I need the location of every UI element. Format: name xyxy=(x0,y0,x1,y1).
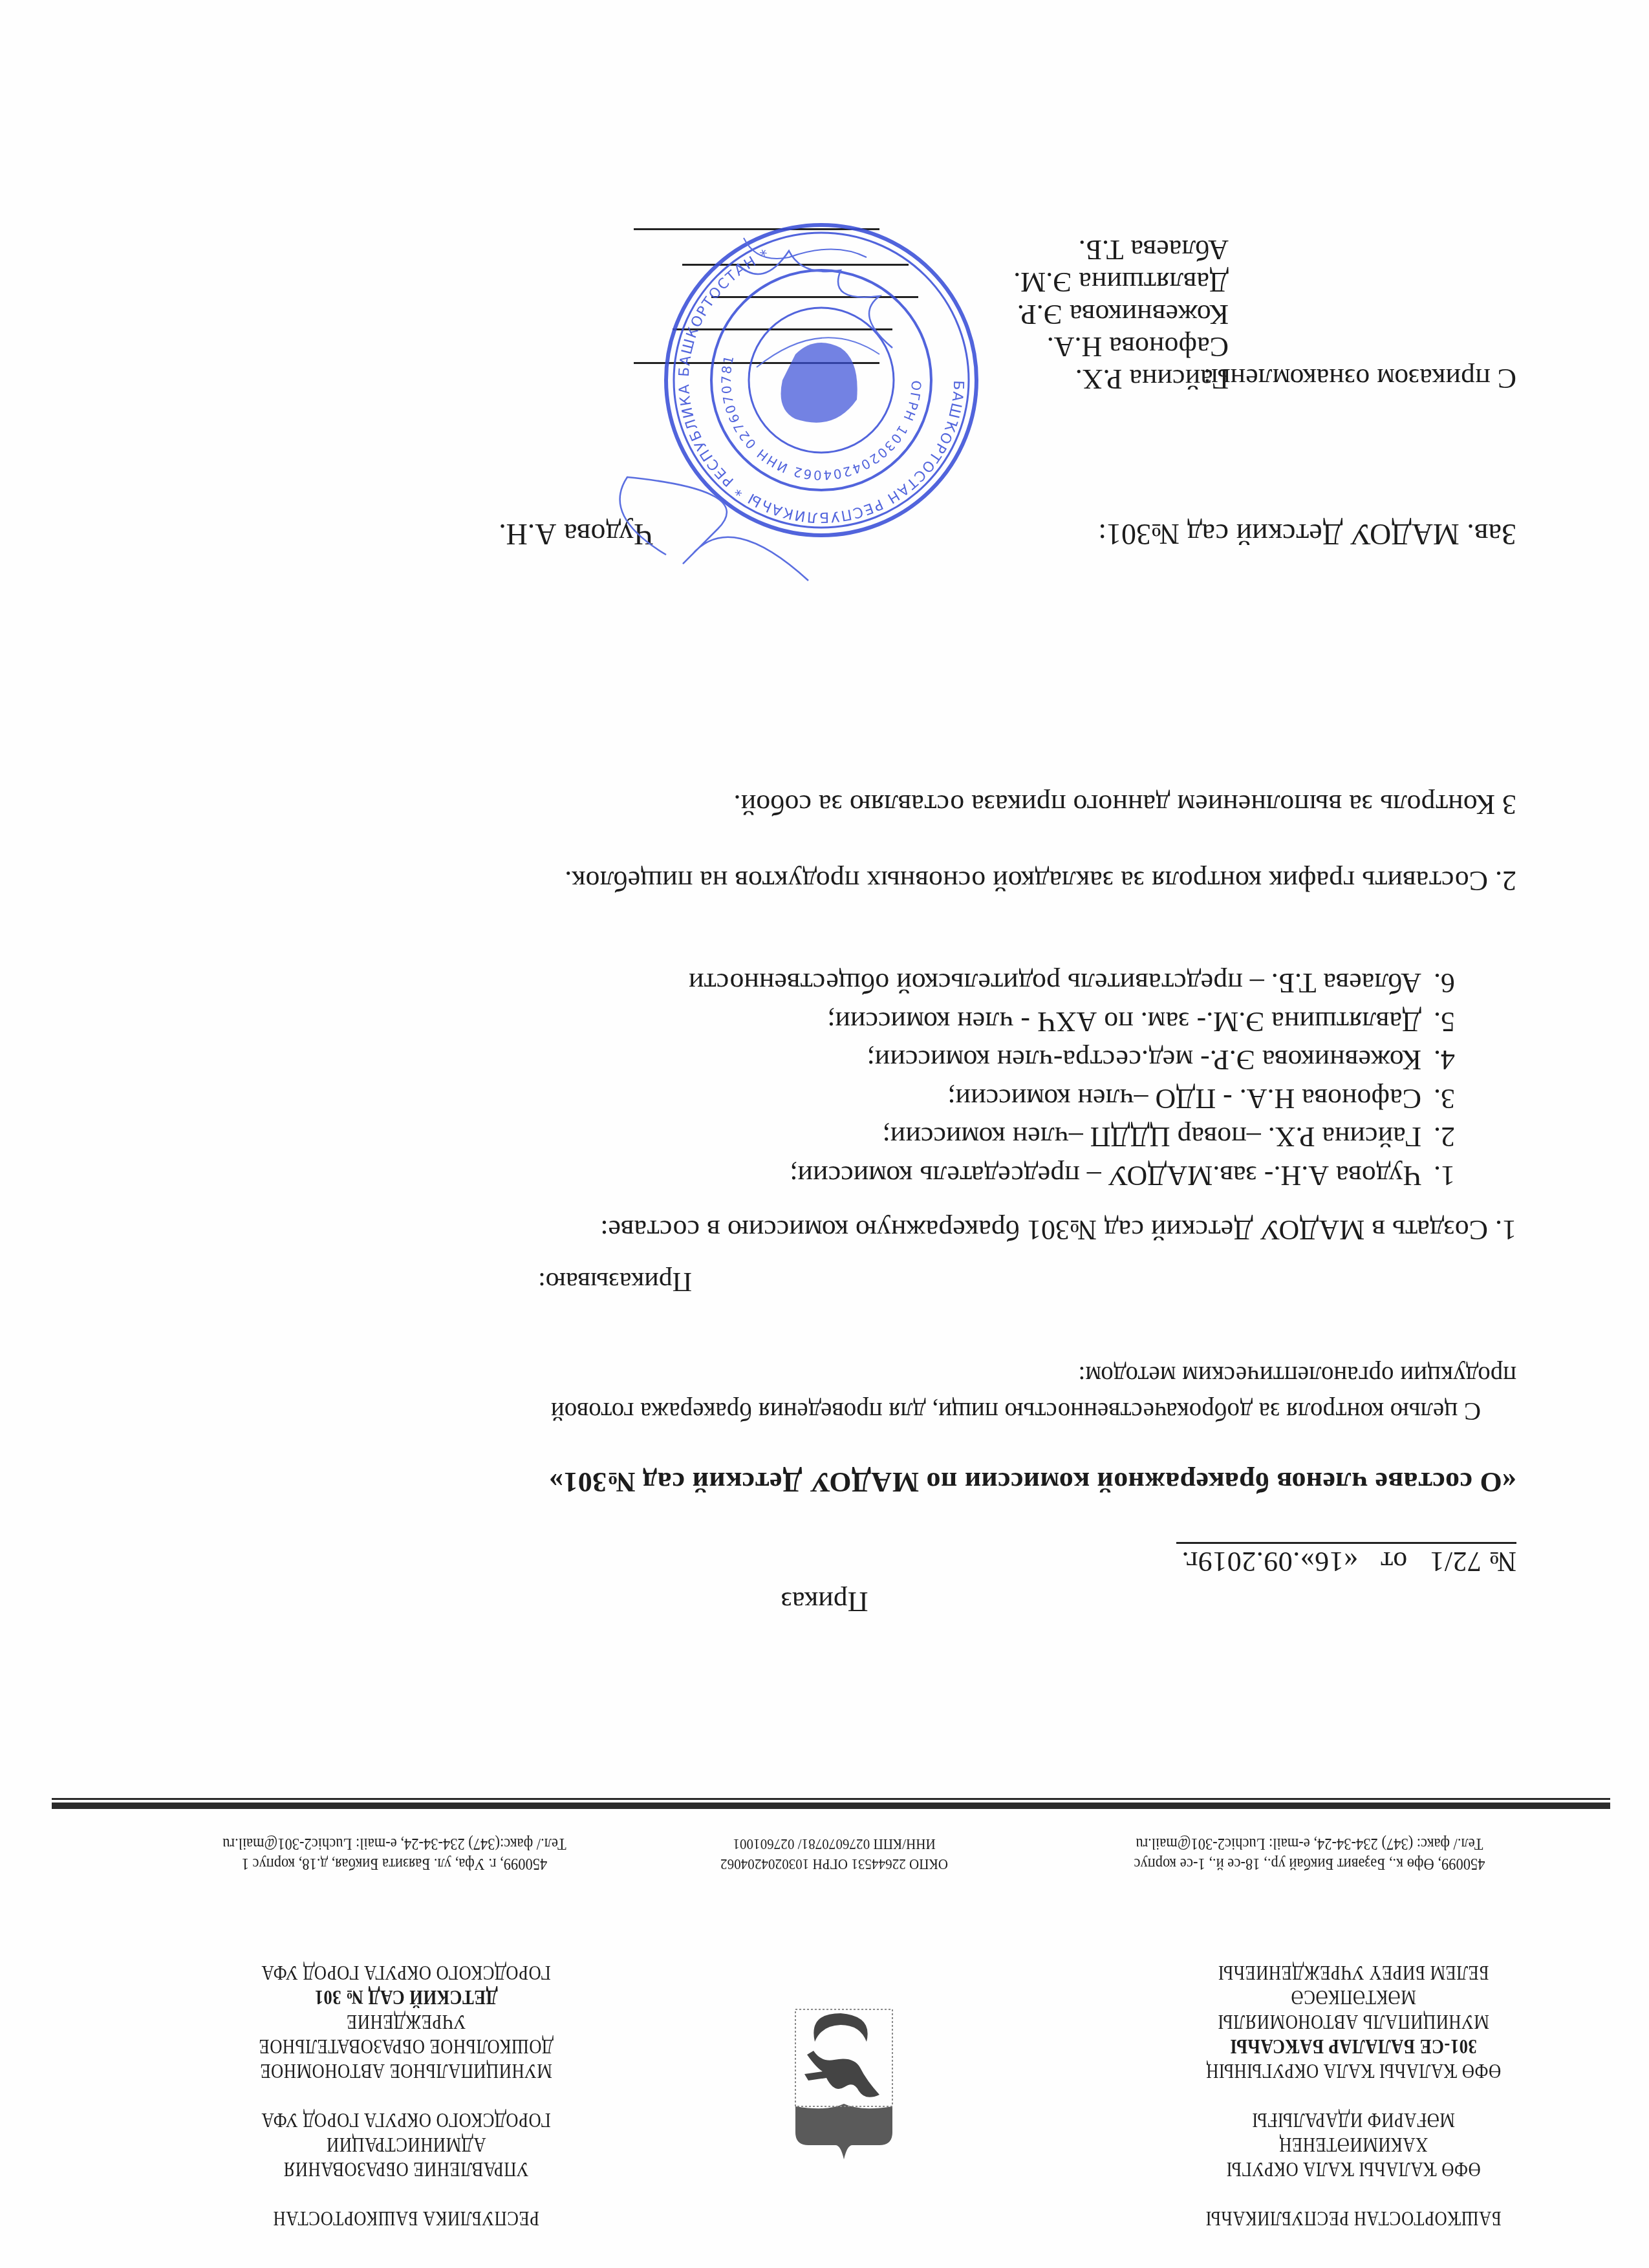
commission-member: 2.Гайсина Р.Х. –повар ЦДДП –член комисси… xyxy=(689,1118,1455,1157)
letterhead-russian-line: РЕСПУБЛИКА БАШКОРТОСТАН xyxy=(156,2206,656,2231)
letterhead-bashkir-line: МӘҒАРИФ ИДАРАЛЫҒЫ xyxy=(1103,2108,1604,2132)
intro-line-2: продукции органолептическим методом: xyxy=(120,1356,1516,1393)
intro-line-1: С целью контроля за доброкачественностью… xyxy=(84,1393,1481,1429)
letterhead-bashkir-line: БЕЛЕМ БИРЕҮ УЧРЕЖДЕНИЕҺЫ xyxy=(1103,1960,1604,1985)
acknowledged-name: Гайсина Р.Х. xyxy=(1013,363,1229,395)
order-date: «16».09.2019г. xyxy=(1181,1545,1358,1578)
date-word: от xyxy=(1381,1545,1408,1578)
member-number: 5. xyxy=(1421,1003,1455,1042)
document-type-title: Приказ xyxy=(0,1585,1649,1618)
order-subject: «О составе членов бракеражной комиссии п… xyxy=(549,1466,1516,1499)
member-number: 6. xyxy=(1421,964,1455,1003)
letterhead-spacer xyxy=(1103,2083,1604,2108)
letterhead-divider xyxy=(52,1803,1610,1809)
order-item-2: 2. Составить график контроля за закладко… xyxy=(565,864,1516,897)
order-item-3: 3 Контроль за выполнением данного приказ… xyxy=(734,788,1516,821)
letterhead-bashkir-line: БАШҠОРТОСТАН РЕСПУБЛИКАҺЫ xyxy=(1103,2206,1604,2231)
commission-member: 1.Чудова А.Н.- зав.МАДОУ – председатель … xyxy=(689,1157,1455,1195)
letterhead-spacer xyxy=(156,2181,656,2206)
member-number: 2. xyxy=(1421,1118,1455,1157)
commission-member: 4.Кожевникова Э.Р.- мед.сестра-член коми… xyxy=(689,1041,1455,1080)
address-text: 450099, Өфө к., Бәҙәвит Бикбай ур., 18-с… xyxy=(1048,1854,1571,1874)
scanned-order-page: БАШҠОРТОСТАН РЕСПУБЛИКАҺЫӨФӨ ҠАЛАҺЫ ҠАЛА… xyxy=(0,0,1649,2268)
order-number-date: № 72/1 от «16».09.2019г. xyxy=(1176,1542,1516,1578)
order-verb: Приказываю: xyxy=(538,1266,692,1297)
acknowledged-names-list: Гайсина Р.Х.Сафонова Н.А.Кожевникова Э.Р… xyxy=(1013,233,1229,395)
letterhead-russian-institution: ДЕТСКИЙ САД № 301 xyxy=(156,1985,656,2009)
letterhead-russian-line: ГОРОДСКОГО ОКРУГА ГОРОД УФА xyxy=(156,1960,656,1985)
member-signatures-scribble xyxy=(724,231,905,354)
letterhead-bashkir-line: МУНИЦИПАЛЬ АВТОНОМИЯЛЫ xyxy=(1103,2009,1604,2034)
letterhead-registry-codes: ОКПО 22644531 ОГРН 1030204204062 ИНН/КПП… xyxy=(658,1834,1011,1874)
commission-member: 3.Сафонова Н.А. - ПДО –член комиссии; xyxy=(689,1080,1455,1118)
letterhead-divider-thin xyxy=(52,1798,1610,1800)
member-number: 4. xyxy=(1421,1041,1455,1080)
acknowledged-name: Аблаева Т.Б. xyxy=(1013,233,1229,266)
inn-kpp-text: ИНН/КПП 0276070781/ 027601001 xyxy=(658,1834,1011,1854)
member-text: Кожевникова Э.Р.- мед.сестра-член комисс… xyxy=(867,1045,1421,1076)
letterhead-russian-line: УЧРЕЖДЕНИЕ xyxy=(156,2009,656,2034)
ufa-coat-of-arms-icon xyxy=(789,2003,899,2171)
letterhead-russian-line: МУНИЦИПАЛЬНОЕ АВТОНОМНОЕ xyxy=(156,2059,656,2083)
member-text: Чудова А.Н.- зав.МАДОУ – председатель ко… xyxy=(790,1160,1421,1192)
member-number: 1. xyxy=(1421,1157,1455,1195)
letterhead-russian: РЕСПУБЛИКА БАШКОРТОСТАНУПРАВЛЕНИЕ ОБРАЗО… xyxy=(156,1960,656,2231)
member-text: Давлятшина Э.М.- зам. по АХЧ - член коми… xyxy=(827,1006,1421,1038)
letterhead-russian-line: ДОШКОЛЬНОЕ ОБРАЗОВАТЕЛЬНОЕ xyxy=(156,2034,656,2059)
member-text: Сафонова Н.А. - ПДО –член комиссии; xyxy=(947,1083,1421,1115)
acknowledged-name: Кожевникова Э.Р. xyxy=(1013,298,1229,330)
letterhead-bashkir-institution: 301-СЕ БАЛАЛАР БАҠСАҺЫ xyxy=(1103,2034,1604,2059)
letterhead-bashkir-line: ӨФӨ ҠАЛАҺЫ ҠАЛА ОКРУГЫНЫҢ xyxy=(1103,2059,1604,2083)
letterhead-bashkir-line: МӘКТӘПКӘСӘ xyxy=(1103,1985,1604,2009)
order-number: № 72/1 xyxy=(1430,1545,1516,1578)
member-text: Аблаева Т.Б. – представитель родительско… xyxy=(689,968,1421,1000)
order-item-1: 1. Создать в МАДОУ Детский сад №301 брак… xyxy=(600,1214,1516,1246)
member-number: 3. xyxy=(1421,1080,1455,1118)
letterhead-bashkir: БАШҠОРТОСТАН РЕСПУБЛИКАҺЫӨФӨ ҠАЛАҺЫ ҠАЛА… xyxy=(1103,1960,1604,2231)
address-text: 450099, г. Уфа, ул. Баязита Бикбая, д.18… xyxy=(133,1854,656,1874)
head-signature-scribble xyxy=(588,464,821,594)
contacts-text: Тел./ факс: (347) 234-34-24, e-mail: Luc… xyxy=(1048,1834,1571,1854)
acknowledged-name: Давлятшина Э.М. xyxy=(1013,266,1229,298)
letterhead-bashkir-line: ХАКИМИӘТЕНЕҢ xyxy=(1103,2132,1604,2157)
letterhead-bashkir-line: ӨФӨ ҠАЛАҺЫ ҠАЛА ОКРУГЫ xyxy=(1103,2157,1604,2181)
acknowledged-name: Сафонова Н.А. xyxy=(1013,330,1229,363)
letterhead-russian-line: ГОРОДСКОГО ОКРУГА ГОРОД УФА xyxy=(156,2108,656,2132)
letterhead-bashkir-address: 450099, Өфө к., Бәҙәвит Бикбай ур., 18-с… xyxy=(1048,1834,1571,1874)
letterhead-spacer xyxy=(156,2083,656,2108)
okpo-ogrn-text: ОКПО 22644531 ОГРН 1030204204062 xyxy=(658,1854,1011,1874)
commission-member: 6.Аблаева Т.Б. – представитель родительс… xyxy=(689,964,1455,1003)
letterhead-russian-line: УПРАВЛЕНИЕ ОБРАЗОВАНИЯ xyxy=(156,2157,656,2181)
letterhead-russian-address: 450099, г. Уфа, ул. Баязита Бикбая, д.18… xyxy=(133,1834,656,1874)
commission-members-list: 1.Чудова А.Н.- зав.МАДОУ – председатель … xyxy=(689,964,1455,1195)
commission-member: 5.Давлятшина Э.М.- зам. по АХЧ - член ко… xyxy=(689,1003,1455,1042)
letterhead-russian-line: АДМИНИСТРАЦИИ xyxy=(156,2132,656,2157)
acknowledged-label: С приказом ознакомлены: xyxy=(1203,362,1516,395)
member-text: Гайсина Р.Х. –повар ЦДДП –член комиссии; xyxy=(883,1122,1421,1153)
contacts-text: Тел./ факс:(347) 234-34-24, e-mail: Luch… xyxy=(133,1834,656,1854)
head-signature-title: Зав. МАДОУ Детский сад №301: xyxy=(1098,517,1516,551)
letterhead-spacer xyxy=(1103,2181,1604,2206)
